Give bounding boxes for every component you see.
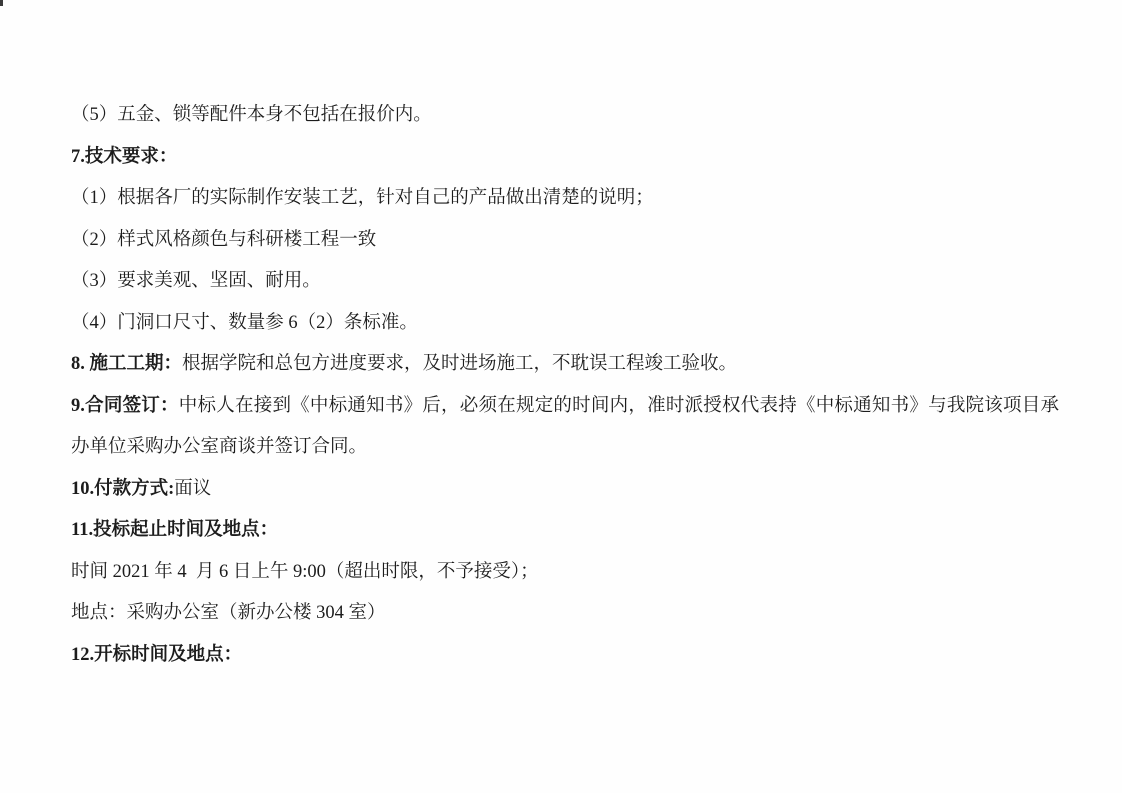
clause-10-payment-method: 10.付款方式:面议 [71, 469, 1059, 511]
clause-7-3: （3）要求美观、坚固、耐用。 [71, 261, 1059, 303]
document-page: （5）五金、锁等配件本身不包括在报价内。 7.技术要求： （1）根据各厂的实际制… [0, 0, 1122, 793]
clause-5-text: （5）五金、锁等配件本身不包括在报价内。 [71, 105, 432, 125]
clause-7-4: （4）门洞口尺寸、数量参 6（2）条标准。 [71, 303, 1059, 345]
heading-11-bold: 11.投标起止时间及地点： [71, 520, 278, 540]
clause-9-contract-signing-line1: 9.合同签订：中标人在接到《中标通知书》后，必须在规定的时间内，准时派授权代表持… [71, 386, 1059, 428]
clause-5-hardware-note: （5）五金、锁等配件本身不包括在报价内。 [71, 95, 1059, 137]
clause-7-3-text: （3）要求美观、坚固、耐用。 [71, 271, 321, 291]
clause-11-time-text: 时间 2021 年 4 月 6 日上午 9:00（超出时限，不予接受）； [71, 562, 539, 582]
heading-7-bold: 7.技术要求： [71, 147, 177, 167]
clause-7-4-text: （4）门洞口尺寸、数量参 6（2）条标准。 [71, 313, 418, 333]
clause-9-bold: 9.合同签订： [71, 396, 179, 416]
heading-12-bid-opening: 12.开标时间及地点： [71, 635, 1059, 677]
heading-12-bold: 12.开标时间及地点： [71, 645, 242, 665]
clause-9-text-line2: 办单位采购办公室商谈并签订合同。 [71, 437, 367, 457]
clause-10-bold: 10.付款方式: [71, 479, 174, 499]
clause-11-location: 地点：采购办公室（新办公楼 304 室） [71, 593, 1059, 635]
clause-11-time: 时间 2021 年 4 月 6 日上午 9:00（超出时限，不予接受）； [71, 552, 1059, 594]
clause-8-text: 根据学院和总包方进度要求，及时进场施工，不耽误工程竣工验收。 [182, 354, 737, 374]
document-content: （5）五金、锁等配件本身不包括在报价内。 7.技术要求： （1）根据各厂的实际制… [71, 95, 1059, 676]
clause-7-2-text: （2）样式风格颜色与科研楼工程一致 [71, 230, 376, 250]
heading-11-bid-time-location: 11.投标起止时间及地点： [71, 510, 1059, 552]
clause-7-1: （1）根据各厂的实际制作安装工艺，针对自己的产品做出清楚的说明； [71, 178, 1059, 220]
clause-8-bold: 8. 施工工期： [71, 354, 182, 374]
clause-9-text-line1: 中标人在接到《中标通知书》后，必须在规定的时间内，准时派授权代表持《中标通知书》… [179, 396, 1059, 416]
clause-10-text: 面议 [174, 479, 211, 499]
heading-7-technical-requirements: 7.技术要求： [71, 137, 1059, 179]
clause-7-2: （2）样式风格颜色与科研楼工程一致 [71, 220, 1059, 262]
clause-8-construction-period: 8. 施工工期：根据学院和总包方进度要求，及时进场施工，不耽误工程竣工验收。 [71, 344, 1059, 386]
clause-7-1-text: （1）根据各厂的实际制作安装工艺，针对自己的产品做出清楚的说明； [71, 188, 654, 208]
clause-11-location-text: 地点：采购办公室（新办公楼 304 室） [71, 603, 386, 623]
clause-9-contract-signing-line2: 办单位采购办公室商谈并签订合同。 [71, 427, 1059, 469]
scan-artifact [0, 0, 3, 6]
